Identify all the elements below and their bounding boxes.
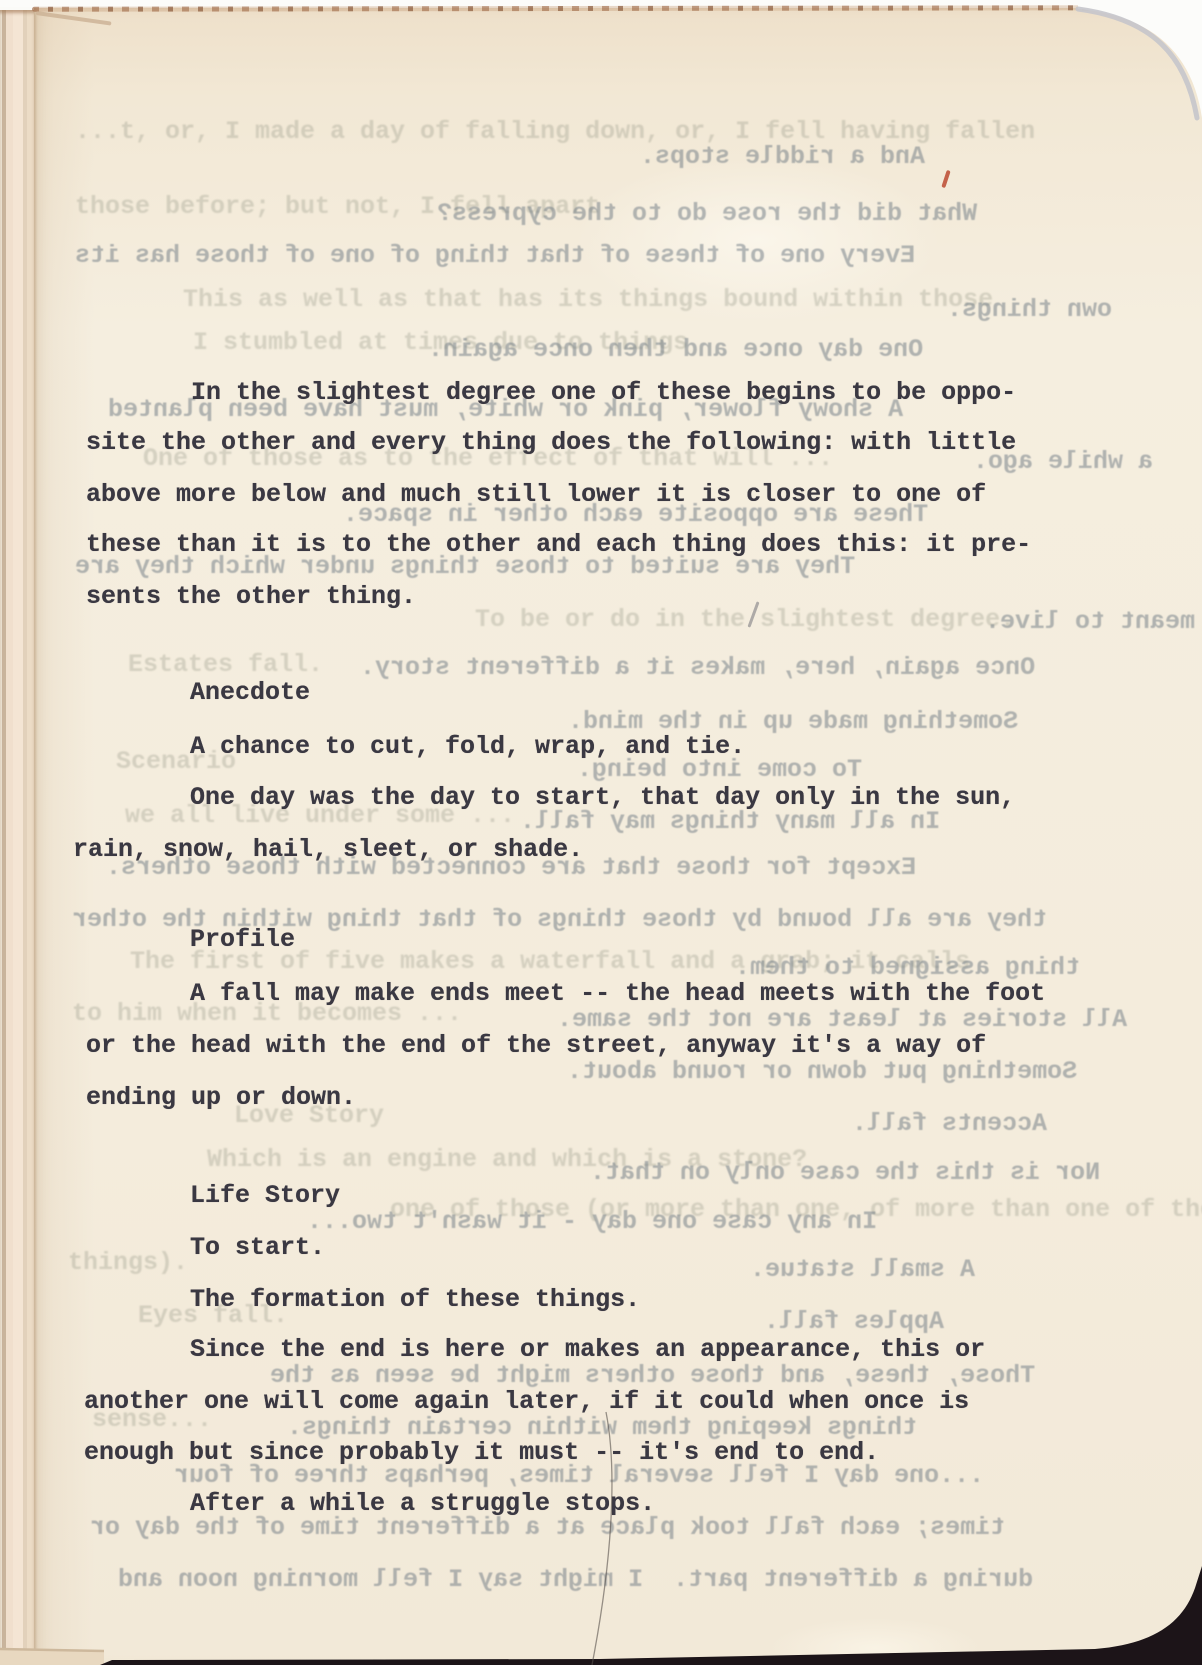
typed-line: A chance to cut, fold, wrap, and tie. xyxy=(190,734,745,759)
ghost-line: In all many things may fall. xyxy=(520,809,940,834)
typed-line: Profile xyxy=(190,927,295,952)
typed-line: Since the end is here or makes an appear… xyxy=(190,1337,985,1362)
ghost-line: Every one of these of that thing of one … xyxy=(75,243,915,268)
ghost-line: thing assigned to them. xyxy=(735,955,1080,980)
typed-line: enough but since probably it must -- it'… xyxy=(84,1440,879,1465)
typed-line: One day was the day to start, that day o… xyxy=(190,785,1015,810)
ghost-line: Something made up in the mind. xyxy=(568,709,1018,734)
typed-line: or the head with the end of the street, … xyxy=(86,1033,986,1058)
typed-line: rain, snow, hail, sleet, or shade. xyxy=(73,837,583,862)
ghost-line: meant to live. xyxy=(985,609,1195,634)
ghost-line: Accents fall. xyxy=(852,1111,1047,1136)
ghost-line: during a different part. I might say I f… xyxy=(118,1567,1033,1592)
typed-line: The formation of these things. xyxy=(190,1287,640,1312)
ghost-line: All stories at least are not the same. xyxy=(557,1007,1127,1032)
ghost-line: In any case one day - it wasn't two... xyxy=(307,1209,877,1234)
ghost-line: This as well as that has its things boun… xyxy=(183,287,993,312)
ghost-line: To be or do in the slightest degree. xyxy=(475,607,1015,632)
typed-line: A fall may make ends meet -- the head me… xyxy=(190,981,1045,1006)
scanned-manuscript-page: ...t, or, I made a day of falling down, … xyxy=(0,0,1202,1665)
book-page-edges xyxy=(0,10,34,1665)
ghost-line: times; each fall took place at a differe… xyxy=(90,1515,1005,1540)
ghost-line: A small statue. xyxy=(750,1257,975,1282)
ghost-line: Nor is this the case only on that. xyxy=(590,1160,1100,1185)
ghost-line: And a riddle stops. xyxy=(640,144,925,169)
typed-line: ending up or down. xyxy=(86,1085,356,1110)
typed-line: To start. xyxy=(190,1235,325,1260)
ghost-line: What did the rose do to the cypress? xyxy=(437,201,977,226)
ghost-line: ...t, or, I made a day of falling down, … xyxy=(75,119,1035,144)
ghost-line: Once again, here, makes it a different s… xyxy=(360,655,1035,680)
ghost-line: things keeping them within certain thing… xyxy=(287,1415,917,1440)
typed-line: site the other and every thing does the … xyxy=(86,430,1016,455)
typed-line: these than it is to the other and each t… xyxy=(86,532,1031,557)
paper-sheet: ...t, or, I made a day of falling down, … xyxy=(34,8,1202,1665)
ghost-line: Those, these, and those others might be … xyxy=(270,1363,1035,1388)
ghost-line: things). xyxy=(68,1250,188,1275)
ghost-line: Something put down or round about. xyxy=(567,1059,1077,1084)
typed-line: Life Story xyxy=(190,1183,340,1208)
ghost-line: One day once and then once again. xyxy=(428,337,923,362)
ghost-line: Estates fall. xyxy=(128,652,323,677)
typed-line: above more below and much still lower it… xyxy=(86,482,986,507)
typed-line: another one will come again later, if it… xyxy=(84,1389,969,1414)
typed-line: Anecdote xyxy=(190,680,310,705)
typed-line: After a while a struggle stops. xyxy=(190,1491,655,1516)
ghost-line: Apples fall. xyxy=(764,1309,944,1334)
typed-line: sents the other thing. xyxy=(86,584,416,609)
ghost-line: own things. xyxy=(947,297,1112,322)
typed-line: In the slightest degree one of these beg… xyxy=(191,380,1016,405)
